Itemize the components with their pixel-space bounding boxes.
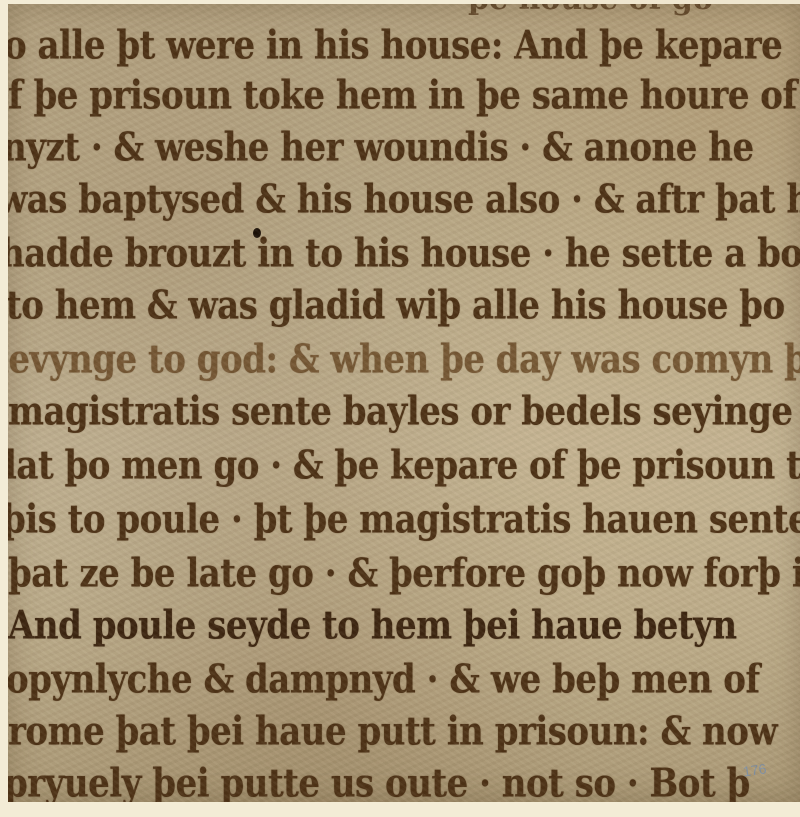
- manuscript-line-10: þis to poule · þt þe magistratis hauen s…: [8, 497, 800, 543]
- manuscript-line-14: rome þat þei haue putt in prisoun: & now: [8, 709, 777, 755]
- parchment-fragment: pe house of go o alle þt were in his hou…: [8, 4, 800, 802]
- manuscript-line-12: And poule seyde to hem þei haue betyn: [8, 603, 737, 649]
- manuscript-line-8: magistratis sente bayles or bedels seyin…: [8, 389, 793, 435]
- manuscript-line-13: opynlyche & dampnyd · & we beþ men of: [8, 657, 760, 703]
- pencil-folio-number: 176: [742, 760, 767, 779]
- manuscript-line-4: was baptysed & his house also · & aftr þ…: [8, 177, 800, 223]
- manuscript-line-15: pryuely þei putte us oute · not so · Bot…: [8, 761, 750, 802]
- manuscript-line-9: lat þo men go · & þe kepare of þe prisou…: [8, 443, 800, 489]
- manuscript-line-11: þat ze be late go · & þerfore goþ now fo…: [8, 551, 800, 597]
- ink-blot: [253, 228, 261, 238]
- manuscript-line-2: f þe prisoun toke hem in þe same houre o…: [8, 73, 800, 119]
- manuscript-page: pe house of go o alle þt were in his hou…: [0, 0, 800, 817]
- manuscript-line-3: nyzt · & weshe her woundis · & anone he: [8, 125, 754, 171]
- manuscript-line-5: hadde brouzt in to his house · he sette …: [8, 231, 800, 277]
- manuscript-line-1: o alle þt were in his house: And þe kepa…: [8, 23, 782, 69]
- manuscript-line-7: levynge to god: & when þe day was comyn …: [8, 337, 800, 383]
- text-block: o alle þt were in his house: And þe kepa…: [8, 4, 800, 802]
- manuscript-line-6: to hem & was gladid wiþ alle his house þ…: [8, 283, 785, 329]
